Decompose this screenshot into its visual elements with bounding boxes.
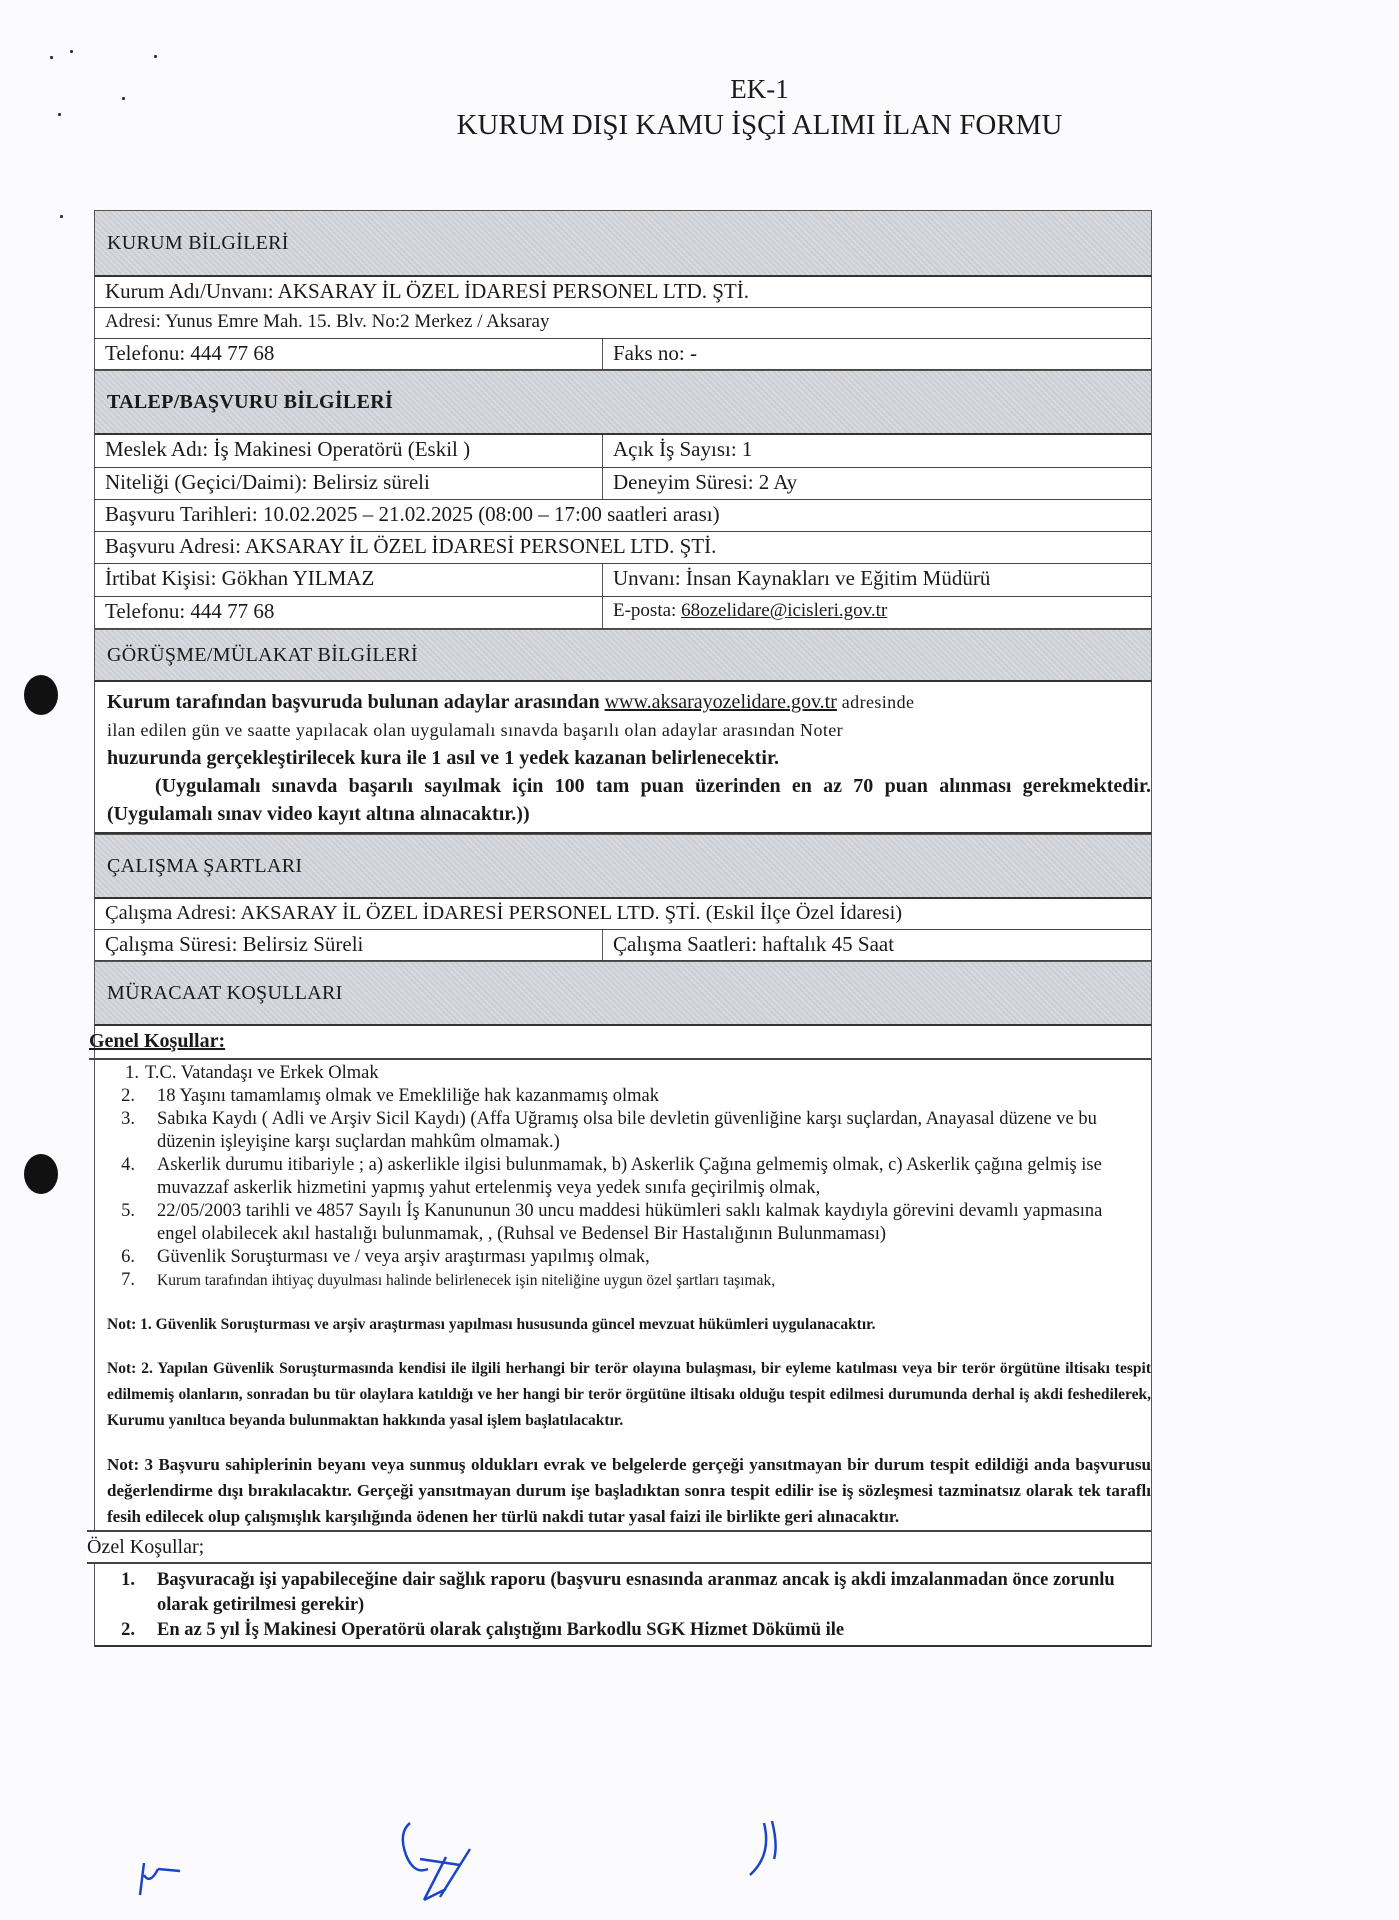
condition-item: 5.22/05/2003 tarihli ve 4857 Sayılı İş K… xyxy=(95,1200,1151,1246)
contact-person: İrtibat Kişisi: Gökhan YILMAZ xyxy=(95,564,603,596)
work-address: Çalışma Adresi: AKSARAY İL ÖZEL İDARESİ … xyxy=(95,899,1151,929)
punch-hole xyxy=(24,675,58,715)
application-dates-row: Başvuru Tarihleri: 10.02.2025 – 21.02.20… xyxy=(94,500,1152,532)
condition-text: Güvenlik Soruşturması ve / veya arşiv ar… xyxy=(157,1246,1151,1269)
condition-item: 2.18 Yaşını tamamlamış olmak ve Emeklili… xyxy=(95,1085,1151,1108)
work-duration-row: Çalışma Süresi: Belirsiz Süreli Çalışma … xyxy=(94,930,1152,961)
institution-fax: Faks no: - xyxy=(603,339,1151,369)
condition-item: 2.En az 5 yıl İş Makinesi Operatörü olar… xyxy=(95,1618,1151,1643)
contact-row: İrtibat Kişisi: Gökhan YILMAZ Unvanı: İn… xyxy=(94,564,1152,597)
section-muracaat-kosullari: MÜRACAAT KOŞULLARI xyxy=(94,961,1152,1026)
section-heading: KURUM BİLGİLERİ xyxy=(107,232,289,255)
section-heading: TALEP/BAŞVURU BİLGİLERİ xyxy=(107,391,393,414)
annex-label: EK-1 xyxy=(120,72,1399,106)
condition-item: 4.Askerlik durumu itibariyle ; a) askerl… xyxy=(95,1154,1151,1200)
nature-row: Niteliği (Geçici/Daimi): Belirsiz süreli… xyxy=(94,468,1152,500)
condition-number: 7. xyxy=(95,1269,157,1292)
interview-text: ilan edilen gün ve saatte yapılacak olan… xyxy=(107,716,1151,744)
contact-title: Unvanı: İnsan Kaynakları ve Eğitim Müdür… xyxy=(603,564,1151,596)
condition-item: 7.Kurum tarafından ihtiyaç duyulması hal… xyxy=(95,1269,1151,1292)
signature-initial-3 xyxy=(720,1815,790,1885)
note-2: Not: 2. Yapılan Güvenlik Soruşturmasında… xyxy=(95,1356,1151,1434)
section-heading: ÇALIŞMA ŞARTLARI xyxy=(107,855,302,878)
scan-speck xyxy=(154,55,157,58)
special-conditions-list: 1.Başvuracağı işi yapabileceğine dair sa… xyxy=(95,1564,1151,1647)
condition-item: 6.Güvenlik Soruşturması ve / veya arşiv … xyxy=(95,1246,1151,1269)
section-heading: GÖRÜŞME/MÜLAKAT BİLGİLERİ xyxy=(107,644,418,667)
section-talep-bilgileri: TALEP/BAŞVURU BİLGİLERİ xyxy=(94,370,1152,435)
website-link[interactable]: www.aksarayozelidare.gov.tr xyxy=(605,691,837,713)
contact-email-cell: E-posta: 68ozelidare@icisleri.gov.tr xyxy=(603,597,1151,628)
condition-item: 1.T.C. Vatandaşı ve Erkek Olmak xyxy=(95,1062,1151,1085)
punch-hole xyxy=(24,1154,58,1194)
work-address-row: Çalışma Adresi: AKSARAY İL ÖZEL İDARESİ … xyxy=(94,899,1152,930)
section-heading: MÜRACAAT KOŞULLARI xyxy=(107,982,343,1005)
institution-address: Adresi: Yunus Emre Mah. 15. Blv. No:2 Me… xyxy=(95,308,1151,338)
condition-item: 1.Başvuracağı işi yapabileceğine dair sa… xyxy=(95,1568,1151,1618)
contact-phone: Telefonu: 444 77 68 xyxy=(95,597,603,628)
condition-number: 2. xyxy=(95,1085,157,1108)
condition-text: Sabıka Kaydı ( Adli ve Arşiv Sicil Kaydı… xyxy=(157,1108,1151,1154)
condition-number: 2. xyxy=(95,1618,157,1643)
email-label: E-posta: xyxy=(613,600,681,621)
scan-speck xyxy=(60,215,63,218)
announcement-form: KURUM BİLGİLERİ Kurum Adı/Unvanı: AKSARA… xyxy=(94,210,1152,1647)
document-title: EK-1 KURUM DIŞI KAMU İŞÇİ ALIMI İLAN FOR… xyxy=(0,72,1399,144)
condition-text: 18 Yaşını tamamlamış olmak ve Emekliliğe… xyxy=(157,1085,1151,1108)
application-address-row: Başvuru Adresi: AKSARAY İL ÖZEL İDARESİ … xyxy=(94,532,1152,564)
condition-text: 22/05/2003 tarihli ve 4857 Sayılı İş Kan… xyxy=(157,1200,1151,1246)
conditions-block: Genel Koşullar: 1.T.C. Vatandaşı ve Erke… xyxy=(94,1026,1152,1647)
section-calisma-sartlari: ÇALIŞMA ŞARTLARI xyxy=(94,834,1152,899)
note-1: Not: 1. Güvenlik Soruşturması ve arşiv a… xyxy=(95,1312,1151,1338)
profession-row: Meslek Adı: İş Makinesi Operatörü (Eskil… xyxy=(94,435,1152,468)
email-link[interactable]: 68ozelidare@icisleri.gov.tr xyxy=(681,600,887,621)
work-duration: Çalışma Süresi: Belirsiz Süreli xyxy=(95,930,603,960)
signature-initial-2 xyxy=(380,1815,500,1915)
institution-address-row: Adresi: Yunus Emre Mah. 15. Blv. No:2 Me… xyxy=(94,308,1152,339)
section-kurum-bilgileri: KURUM BİLGİLERİ xyxy=(94,210,1152,277)
condition-number: 5. xyxy=(95,1200,157,1246)
exam-score-note: (Uygulamalı sınavda başarılı sayılmak iç… xyxy=(107,772,1151,828)
note-3: Not: 3 Başvuru sahiplerinin beyanı veya … xyxy=(95,1452,1151,1530)
institution-name: Kurum Adı/Unvanı: AKSARAY İL ÖZEL İDARES… xyxy=(95,277,1151,307)
special-conditions-heading: Özel Koşullar; xyxy=(87,1530,1151,1564)
condition-text: Başvuracağı işi yapabileceğine dair sağl… xyxy=(157,1568,1151,1618)
institution-phone-row: Telefonu: 444 77 68 Faks no: - xyxy=(94,339,1152,370)
condition-number: 4. xyxy=(95,1154,157,1200)
condition-text: Kurum tarafından ihtiyaç duyulması halin… xyxy=(157,1269,1151,1292)
work-hours: Çalışma Saatleri: haftalık 45 Saat xyxy=(603,930,1151,960)
general-conditions-heading: Genel Koşullar: xyxy=(89,1026,1151,1060)
condition-number: 6. xyxy=(95,1246,157,1269)
scan-speck xyxy=(50,56,53,59)
condition-number: 3. xyxy=(95,1108,157,1154)
condition-text: T.C. Vatandaşı ve Erkek Olmak xyxy=(145,1062,1151,1085)
application-address: Başvuru Adresi: AKSARAY İL ÖZEL İDARESİ … xyxy=(95,532,1151,563)
application-dates: Başvuru Tarihleri: 10.02.2025 – 21.02.20… xyxy=(95,500,1151,531)
condition-number: 1. xyxy=(95,1062,145,1085)
form-title: KURUM DIŞI KAMU İŞÇİ ALIMI İLAN FORMU xyxy=(120,106,1399,144)
condition-text: Askerlik durumu itibariyle ; a) askerlik… xyxy=(157,1154,1151,1200)
general-conditions-list: 1.T.C. Vatandaşı ve Erkek Olmak2.18 Yaşı… xyxy=(95,1060,1151,1292)
interview-text: huzurunda gerçekleştirilecek kura ile 1 … xyxy=(107,744,1151,772)
scan-speck xyxy=(70,50,73,53)
signature-initial-1 xyxy=(130,1855,200,1905)
institution-phone: Telefonu: 444 77 68 xyxy=(95,339,603,369)
experience-duration: Deneyim Süresi: 2 Ay xyxy=(603,468,1151,499)
institution-name-row: Kurum Adı/Unvanı: AKSARAY İL ÖZEL İDARES… xyxy=(94,277,1152,308)
interview-info: Kurum tarafından başvuruda bulunan adayl… xyxy=(94,682,1152,834)
profession-name: Meslek Adı: İş Makinesi Operatörü (Eskil… xyxy=(95,435,603,467)
condition-number: 1. xyxy=(95,1568,157,1618)
interview-text: Kurum tarafından başvuruda bulunan adayl… xyxy=(107,691,605,713)
contact-phone-row: Telefonu: 444 77 68 E-posta: 68ozelidare… xyxy=(94,597,1152,629)
section-mulakat-bilgileri: GÖRÜŞME/MÜLAKAT BİLGİLERİ xyxy=(94,629,1152,682)
employment-nature: Niteliği (Geçici/Daimi): Belirsiz süreli xyxy=(95,468,603,499)
open-job-count: Açık İş Sayısı: 1 xyxy=(603,435,1151,467)
condition-item: 3.Sabıka Kaydı ( Adli ve Arşiv Sicil Kay… xyxy=(95,1108,1151,1154)
condition-text: En az 5 yıl İş Makinesi Operatörü olarak… xyxy=(157,1618,1151,1643)
